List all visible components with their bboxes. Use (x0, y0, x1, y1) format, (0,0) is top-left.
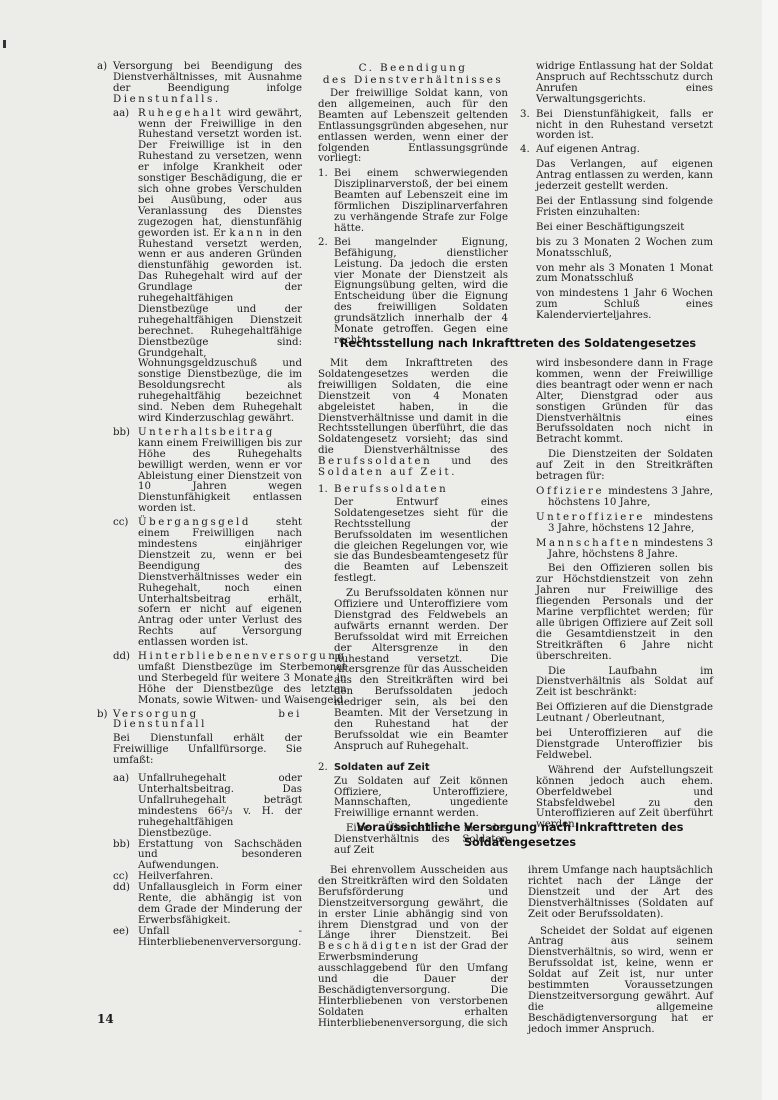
item-label: bb) (113, 840, 138, 873)
item-text: Unfallausgleich in Form einer Rente, die… (138, 883, 302, 927)
item-text: Unterhaltsbeitrag kann einem Freiwillige… (138, 428, 302, 515)
text: ist der Grad der Erwerbsminderung aussch… (318, 941, 508, 1028)
item-label: 3. (520, 110, 536, 143)
text: wird gewährt, wenn der Freiwillige in de… (138, 108, 302, 239)
list-item-b-bb: bb) Erstattung von Sachschäden und beson… (113, 840, 302, 873)
text: Mit dem Inkrafttreten des Soldatengesetz… (318, 358, 508, 456)
spaced-term: Hinterbliebenenversorgung (138, 651, 347, 662)
paragraph: Der Entwurf eines Soldatengesetzes sieht… (334, 498, 508, 585)
list-item-cc: cc) Übergangsgeld steht einem Freiwillig… (113, 518, 302, 649)
item-text: Bei Dienstunfähigkeit, falls er nicht in… (536, 110, 713, 143)
paragraph: Mit dem Inkrafttreten des Soldatengesetz… (318, 359, 508, 479)
item-label: dd) (113, 883, 138, 927)
item-label: 2. (318, 763, 334, 861)
column-3-middle: wird insbesondere dann in Frage kommen, … (520, 359, 713, 835)
list-item-4: 4. Auf eigenen Antrag. Das Verlangen, au… (520, 145, 713, 326)
text-block: ihrem Umfange nach hauptsächlich richtet… (520, 866, 713, 1036)
spaced-term: Übergangsgeld (138, 517, 251, 528)
page-number: 14 (97, 1012, 114, 1026)
paragraph: Bei den Offizieren sollen bis zur Höchst… (536, 564, 713, 662)
spaced-term: Offiziere (536, 486, 604, 497)
item-text: Unfallruhegehalt oder Unterhaltsbeitrag.… (138, 774, 302, 839)
paragraph: widrige Entlassung hat der Soldat Anspru… (520, 62, 713, 106)
column-2-middle: Mit dem Inkrafttreten des Soldatengesetz… (318, 359, 508, 864)
item-label: aa) (113, 109, 138, 425)
item-text: Unfall - Hinterbliebenenverversorgung. (138, 927, 302, 949)
paragraph: Das Verlangen, auf eigenen Antrag entlas… (536, 160, 713, 193)
paragraph: von mindestens 1 Jahr 6 Wochen zum Schlu… (536, 289, 713, 322)
item-text: Übergangsgeld steht einem Freiwilligen n… (138, 518, 302, 649)
text: Bei ehrenvollem Ausscheiden aus den Stre… (318, 865, 508, 941)
paragraph: Die Dienstzeiten der Soldaten auf Zeit i… (536, 450, 713, 483)
item-label: 1. (318, 169, 334, 234)
list-item-dd: dd) Hinterbliebenenversorgung umfaßt Die… (113, 652, 302, 707)
text: und des (451, 456, 508, 467)
item-text: Bei einem schwerwiegenden Disziplinarver… (334, 169, 508, 234)
item-label: dd) (113, 652, 138, 707)
text-block: wird insbesondere dann in Frage kommen, … (520, 359, 713, 831)
section-title: Voraussichtliche Versorgung nach Inkraft… (340, 820, 700, 850)
item-label: ee) (113, 927, 138, 949)
spaced-term: Versorgung bei Dienstunfall (113, 709, 302, 731)
list-item-b: b) Versorgung bei Dienstunfall Bei Diens… (97, 710, 302, 772)
list-item-a: a) Versorgung bei Beendigung des Dienstv… (97, 62, 302, 106)
paragraph: Zu Soldaten auf Zeit können Offiziere, U… (334, 777, 508, 821)
list-item-3: 3. Bei Dienstunfähigkeit, falls er nicht… (520, 110, 713, 143)
item-label: cc) (113, 518, 138, 649)
paragraph: Zu Berufssoldaten können nur Offiziere u… (334, 589, 508, 753)
list-item-aa: aa) Ruhegehalt wird gewährt, wenn der Fr… (113, 109, 302, 425)
paragraph: Bei Offizieren auf die Dienstgrade Leutn… (536, 703, 713, 725)
duration-unteroffiziere: Unteroffiziere mindestens 3 Jahre, höchs… (536, 513, 713, 535)
list-item-b-aa: aa) Unfallruhegehalt oder Unterhaltsbeit… (113, 774, 302, 839)
item-text: Erstattung von Sachschäden und besondere… (138, 840, 302, 873)
text: steht einem Freiwilligen nach mindestens… (138, 517, 302, 648)
spaced-term: Ruhegehalt (138, 108, 223, 119)
paragraph: bis zu 3 Monaten 2 Wochen zum Monatsschl… (536, 238, 713, 260)
paragraph: Die Laufbahn im Dienstverhältnis als Sol… (536, 667, 713, 700)
item-label: 2. (318, 238, 334, 347)
paragraph: von mehr als 3 Monaten 1 Monat zum Monat… (536, 264, 713, 286)
paragraph: Der freiwillige Soldat kann, von den all… (318, 89, 508, 165)
spaced-term: Berufssoldaten (318, 456, 432, 467)
spaced-term: Unterhaltsbeitrag (138, 427, 275, 438)
item-label: b) (97, 710, 113, 772)
item-text: Hinterbliebenenversorgung umfaßt Dienstb… (138, 652, 347, 707)
page-edge (762, 0, 778, 1100)
item-text: Auf eigenen Antrag. Das Verlangen, auf e… (536, 145, 713, 326)
column-3-bottom: ihrem Umfange nach hauptsächlich richtet… (520, 866, 713, 1040)
section-heading: des Dienstverhältnisses (318, 74, 508, 86)
duration-mannschaften: Mannschaften mindestens 3 Jahre, höchste… (536, 539, 713, 561)
item-text: Ruhegehalt wird gewährt, wenn der Freiwi… (138, 109, 302, 425)
list-item-2: 2. Bei mangelnder Eignung, Befähigung, d… (318, 238, 508, 347)
item-label: 4. (520, 145, 536, 326)
section-title: Rechtsstellung nach Inkrafttreten des So… (318, 337, 718, 350)
item-text: Versorgung bei Beendigung des Dienstverh… (113, 62, 302, 106)
item-label: aa) (113, 774, 138, 839)
subsection-1: 1. Berufssoldaten Der Entwurf eines Sold… (318, 485, 508, 757)
duration-offiziere: Offiziere mindestens 3 Jahre, höchstens … (536, 487, 713, 509)
item-label: 1. (318, 485, 334, 757)
paragraph: bei Unteroffizieren auf die Dienstgrade … (536, 729, 713, 762)
item-label: bb) (113, 428, 138, 515)
spaced-term: kann (229, 228, 265, 239)
list-item-b-ee: ee) Unfall - Hinterbliebenenverversorgun… (113, 927, 302, 949)
list-item-b-dd: dd) Unfallausgleich in Form einer Rente,… (113, 883, 302, 927)
spaced-term: Mannschaften (536, 538, 641, 549)
text: in den Ruhestand versetzt werden, wenn e… (138, 228, 302, 424)
column-1: a) Versorgung bei Beendigung des Dienstv… (97, 62, 302, 949)
item-text: Versorgung bei Dienstunfall Bei Dienstun… (113, 710, 302, 772)
column-2-bottom: Bei ehrenvollem Ausscheiden aus den Stre… (318, 866, 508, 1034)
column-3-top: widrige Entlassung hat der Soldat Anspru… (520, 62, 713, 329)
paragraph: Bei der Entlassung sind folgende Fristen… (536, 197, 713, 219)
title-line: Voraussichtliche Versorgung nach Inkraft… (340, 820, 700, 835)
list-item-bb: bb) Unterhaltsbeitrag kann einem Freiwil… (113, 428, 302, 515)
text: umfaßt Dienstbezüge im Sterbemonat und S… (138, 662, 347, 706)
text: kann einem Freiwilligen bis zur Höhe des… (138, 438, 302, 514)
list-item-1: 1. Bei einem schwerwiegenden Disziplinar… (318, 169, 508, 234)
text: Versorgung bei Beendigung des Dienstverh… (113, 61, 302, 94)
item-text: Bei mangelnder Eignung, Befähigung, dien… (334, 238, 508, 347)
spaced-term: Berufssoldaten (334, 484, 448, 495)
section-heading: C. Beendigung (318, 62, 508, 74)
item-text: Berufssoldaten Der Entwurf eines Soldate… (334, 485, 508, 757)
subsection-title: Soldaten auf Zeit (334, 762, 430, 773)
paragraph: Bei ehrenvollem Ausscheiden aus den Stre… (318, 866, 508, 1030)
item-label: a) (97, 62, 113, 106)
spaced-term: Beschädigten (318, 941, 419, 952)
spaced-term: Dienstunfalls. (113, 94, 221, 105)
paragraph: Auf eigenen Antrag. (536, 145, 713, 156)
spaced-term: Soldaten auf Zeit. (318, 467, 457, 478)
scan-mark (3, 40, 6, 48)
paragraph: Bei Dienstunfall erhält der Freiwillige … (113, 734, 302, 767)
column-2-top: C. Beendigung des Dienstverhältnisses De… (318, 62, 508, 350)
paragraph: Bei einer Beschäftigungszeit (536, 223, 713, 234)
title-line: Soldatengesetzes (340, 835, 700, 850)
paragraph: wird insbesondere dann in Frage kommen, … (536, 359, 713, 446)
paragraph: ihrem Umfange nach hauptsächlich richtet… (528, 866, 713, 921)
paragraph: Scheidet der Soldat auf eigenen Antrag a… (528, 927, 713, 1036)
spaced-term: Unteroffiziere (536, 512, 645, 523)
